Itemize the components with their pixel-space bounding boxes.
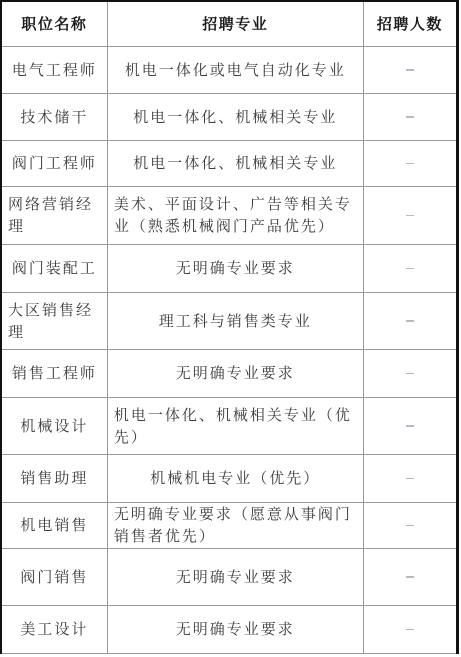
table-row: 网络营销经理 美术、平面设计、广告等相关专业（熟悉机械阀门产品优先）	[1, 186, 458, 244]
major-cell: 美术、平面设计、广告等相关专业（熟悉机械阀门产品优先）	[107, 186, 363, 244]
position-title: 阀门装配工	[12, 257, 97, 279]
position-title-cell: 电气工程师	[1, 46, 107, 93]
headcount-cell	[363, 548, 457, 605]
position-title-cell: 机电销售	[1, 502, 107, 548]
recruitment-table: 职位名称 招聘专业 招聘人数 电气工程师 机电一体化或电气自动化专业 技术储干 …	[0, 0, 459, 654]
headcount-cell	[363, 454, 457, 502]
position-title-cell: 大区销售经理	[1, 292, 107, 349]
headcount-cell	[363, 502, 457, 548]
major-text: 机电一体化、机械相关专业	[133, 152, 337, 174]
headcount-dash	[406, 525, 414, 527]
position-title-cell: 销售助理	[1, 454, 107, 502]
major-cell: 机电一体化或电气自动化专业	[107, 46, 363, 93]
table-row: 销售助理 机械机电专业（优先）	[1, 454, 458, 502]
headcount-cell	[363, 186, 457, 244]
position-title-cell: 阀门销售	[1, 548, 107, 605]
major-text: 美术、平面设计、广告等相关专业（熟悉机械阀门产品优先）	[114, 193, 357, 237]
major-cell: 无明确专业要求	[107, 548, 363, 605]
major-text: 无明确专业要求（愿意从事阀门销售者优先）	[114, 503, 357, 547]
position-title: 销售工程师	[12, 362, 97, 384]
major-text: 机电一体化、机械相关专业（优先）	[114, 404, 357, 448]
position-title-cell: 机械设计	[1, 397, 107, 454]
header-row: 职位名称 招聘专业 招聘人数	[1, 1, 458, 46]
position-title: 阀门工程师	[12, 152, 97, 174]
header-headcount: 招聘人数	[363, 1, 457, 46]
headcount-dash	[406, 215, 414, 217]
table-row: 阀门销售 无明确专业要求	[1, 548, 458, 605]
headcount-dash	[406, 576, 414, 578]
table-row: 技术储干 机电一体化、机械相关专业	[1, 93, 458, 140]
position-title-cell: 阀门装配工	[1, 244, 107, 292]
headcount-cell	[363, 140, 457, 186]
major-cell: 理工科与销售类专业	[107, 292, 363, 349]
major-text: 机械机电专业（优先）	[150, 467, 320, 489]
headcount-dash	[406, 116, 414, 118]
table-row: 美工设计 无明确专业要求	[1, 605, 458, 653]
major-cell: 机电一体化、机械相关专业	[107, 93, 363, 140]
table-row: 大区销售经理 理工科与销售类专业	[1, 292, 458, 349]
major-text: 无明确专业要求	[176, 566, 295, 588]
major-text: 无明确专业要求	[176, 257, 295, 279]
position-title-cell: 销售工程师	[1, 349, 107, 397]
major-cell: 无明确专业要求（愿意从事阀门销售者优先）	[107, 502, 363, 548]
headcount-cell	[363, 292, 457, 349]
headcount-dash	[406, 163, 414, 165]
headcount-dash	[406, 425, 414, 427]
position-title-cell: 技术储干	[1, 93, 107, 140]
position-title-cell: 网络营销经理	[1, 186, 107, 244]
headcount-cell	[363, 93, 457, 140]
header-major: 招聘专业	[107, 1, 363, 46]
position-title: 电气工程师	[12, 59, 97, 81]
position-title-cell: 阀门工程师	[1, 140, 107, 186]
major-text: 机电一体化或电气自动化专业	[125, 59, 346, 81]
major-text: 机电一体化、机械相关专业	[133, 106, 337, 128]
position-title: 美工设计	[20, 618, 88, 640]
major-cell: 机电一体化、机械相关专业	[107, 140, 363, 186]
position-title: 技术储干	[20, 106, 88, 128]
position-title: 大区销售经理	[8, 299, 101, 343]
headcount-cell	[363, 244, 457, 292]
major-cell: 无明确专业要求	[107, 244, 363, 292]
headcount-dash	[406, 478, 414, 480]
position-title: 机电销售	[20, 514, 88, 536]
headcount-cell	[363, 349, 457, 397]
table-row: 销售工程师 无明确专业要求	[1, 349, 458, 397]
headcount-dash	[406, 268, 414, 270]
headcount-dash	[406, 373, 414, 375]
position-title: 机械设计	[20, 415, 88, 437]
position-title-cell: 美工设计	[1, 605, 107, 653]
major-cell: 机电一体化、机械相关专业（优先）	[107, 397, 363, 454]
table-row: 电气工程师 机电一体化或电气自动化专业	[1, 46, 458, 93]
headcount-dash	[406, 320, 414, 322]
table-row: 阀门装配工 无明确专业要求	[1, 244, 458, 292]
major-cell: 机械机电专业（优先）	[107, 454, 363, 502]
headcount-cell	[363, 397, 457, 454]
headcount-dash	[406, 69, 414, 71]
headcount-cell	[363, 46, 457, 93]
position-title: 阀门销售	[20, 566, 88, 588]
major-text: 理工科与销售类专业	[159, 310, 312, 332]
table-row: 机电销售 无明确专业要求（愿意从事阀门销售者优先）	[1, 502, 458, 548]
position-title: 销售助理	[20, 467, 88, 489]
major-cell: 无明确专业要求	[107, 605, 363, 653]
headcount-cell	[363, 605, 457, 653]
table-row: 阀门工程师 机电一体化、机械相关专业	[1, 140, 458, 186]
header-position-title: 职位名称	[1, 1, 107, 46]
major-cell: 无明确专业要求	[107, 349, 363, 397]
major-text: 无明确专业要求	[176, 362, 295, 384]
headcount-dash	[406, 629, 414, 631]
major-text: 无明确专业要求	[176, 618, 295, 640]
table-row: 机械设计 机电一体化、机械相关专业（优先）	[1, 397, 458, 454]
position-title: 网络营销经理	[8, 193, 101, 237]
